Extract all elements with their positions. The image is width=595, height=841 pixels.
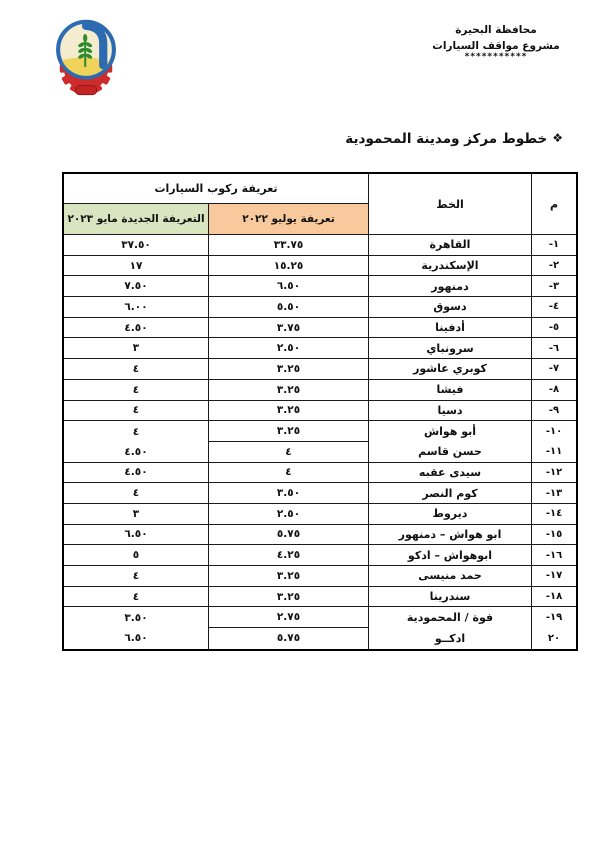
line-name-cell: دسيا [368, 401, 531, 422]
new-tariff-cell: ٦.٠٠ [64, 297, 208, 318]
line-name-cell: حمد منيسى [368, 566, 531, 587]
line-name-cell: القاهرة [368, 235, 531, 256]
line-name-cell: ابوهواش – ادكو [368, 545, 531, 566]
line-name-cell: دسوق [368, 297, 531, 318]
scanned-document-page: محافظة البحيرة مشروع مواقف السيارات ****… [0, 0, 595, 841]
line-name-cell: ادكــو [368, 628, 531, 649]
new-tariff-cell: ٤ [64, 359, 208, 380]
new-tariff-cell: ٤.٥٠ [64, 442, 208, 463]
table-row: ٧- كوبري عاشور ٣.٢٥ ٤ [64, 359, 576, 380]
new-tariff-cell: ٤ [64, 483, 208, 504]
line-name-cell: فوة / المحمودية [368, 607, 531, 628]
column-header-july-2022-tariff: تعريفة يوليو ٢٠٢٢ [208, 204, 368, 235]
july-tariff-cell: ٣.٧٥ [208, 318, 368, 339]
row-number-cell: ١٥- [531, 525, 576, 546]
row-number-cell: ١٩- [531, 607, 576, 628]
page-title-text: خطوط مركز ومدينة المحمودية [345, 131, 547, 147]
row-number-cell: ٢٠ [531, 628, 576, 649]
new-tariff-cell: ٣٧.٥٠ [64, 235, 208, 256]
diamond-bullet-icon: ❖ [552, 131, 563, 145]
table-row: ١٠- أبو هواش ٣.٢٥ ٤ [64, 421, 576, 442]
line-name-cell: أدفينا [368, 318, 531, 339]
table-row: ١٥- ابو هواش – دمنهور ٥.٧٥ ٦.٥٠ [64, 525, 576, 546]
table-row: ١١- حسن قاسم ٤ ٤.٥٠ [64, 442, 576, 463]
table-row: ١٣- كوم النصر ٣.٥٠ ٤ [64, 483, 576, 504]
new-tariff-cell: ٤ [64, 566, 208, 587]
new-tariff-cell: ١٧ [64, 256, 208, 277]
row-number-cell: ٧- [531, 359, 576, 380]
july-tariff-cell: ٦.٥٠ [208, 276, 368, 297]
governorate-logo [44, 16, 128, 98]
row-number-cell: ٤- [531, 297, 576, 318]
table-row: ١- القاهرة ٣٣.٧٥ ٣٧.٥٠ [64, 235, 576, 256]
column-header-ride-tariff: تعريفة ركوب السيارات [64, 174, 368, 204]
table-row: ٦- سرونباي ٢.٥٠ ٣ [64, 338, 576, 359]
line-name-cell: سندرينا [368, 587, 531, 608]
new-tariff-cell: ٣ [64, 504, 208, 525]
governorate-name: محافظة البحيرة [421, 22, 571, 38]
new-tariff-cell: ٦.٥٠ [64, 525, 208, 546]
line-name-cell: حسن قاسم [368, 442, 531, 463]
july-tariff-cell: ٢.٥٠ [208, 504, 368, 525]
july-tariff-cell: ١٥.٢٥ [208, 256, 368, 277]
new-tariff-cell: ٤.٥٠ [64, 463, 208, 484]
july-tariff-cell: ٤.٢٥ [208, 545, 368, 566]
new-tariff-cell: ٤.٥٠ [64, 318, 208, 339]
line-name-cell: كوم النصر [368, 483, 531, 504]
page-title: ❖ خطوط مركز ومدينة المحمودية [345, 131, 563, 147]
july-tariff-cell: ٣.٢٥ [208, 380, 368, 401]
header-row-1: م الخط تعريفة ركوب السيارات [64, 174, 576, 204]
line-name-cell: سرونباي [368, 338, 531, 359]
table-row: ٥- أدفينا ٣.٧٥ ٤.٥٠ [64, 318, 576, 339]
row-number-cell: ١- [531, 235, 576, 256]
row-number-cell: ٩- [531, 401, 576, 422]
row-number-cell: ٥- [531, 318, 576, 339]
line-name-cell: دمنهور [368, 276, 531, 297]
row-number-cell: ١٠- [531, 421, 576, 442]
line-name-cell: كوبري عاشور [368, 359, 531, 380]
new-tariff-cell: ٤ [64, 380, 208, 401]
letterhead: محافظة البحيرة مشروع مواقف السيارات ****… [421, 22, 571, 60]
row-number-cell: ١٣- [531, 483, 576, 504]
new-tariff-cell: ٥ [64, 545, 208, 566]
tariff-table-header: م الخط تعريفة ركوب السيارات تعريفة يوليو… [64, 174, 576, 235]
row-number-cell: ١٤- [531, 504, 576, 525]
row-number-cell: ٦- [531, 338, 576, 359]
tariff-table-body: ١- القاهرة ٣٣.٧٥ ٣٧.٥٠ ٢- الإسكندرية ١٥.… [64, 235, 576, 649]
table-row: ١٢- سيدى عقبه ٤ ٤.٥٠ [64, 463, 576, 484]
governorate-logo-emblem [44, 16, 128, 98]
asterisks-divider: *********** [421, 55, 571, 60]
line-name-cell: أبو هواش [368, 421, 531, 442]
july-tariff-cell: ٣٣.٧٥ [208, 235, 368, 256]
july-tariff-cell: ٣.٢٥ [208, 359, 368, 380]
column-header-line: الخط [368, 174, 531, 235]
row-number-cell: ١٨- [531, 587, 576, 608]
july-tariff-cell: ٥.٧٥ [208, 525, 368, 546]
row-number-cell: ٢- [531, 256, 576, 277]
row-number-cell: ٨- [531, 380, 576, 401]
table-row: ١٤- ديروط ٢.٥٠ ٣ [64, 504, 576, 525]
row-number-cell: ٣- [531, 276, 576, 297]
table-row: ١٦- ابوهواش – ادكو ٤.٢٥ ٥ [64, 545, 576, 566]
new-tariff-cell: ٦.٥٠ [64, 628, 208, 649]
new-tariff-cell: ٣.٥٠ [64, 607, 208, 628]
table-row: ٤- دسوق ٥.٥٠ ٦.٠٠ [64, 297, 576, 318]
july-tariff-cell: ٤ [208, 442, 368, 463]
july-tariff-cell: ٢.٥٠ [208, 338, 368, 359]
tariff-table: م الخط تعريفة ركوب السيارات تعريفة يوليو… [62, 172, 578, 651]
new-tariff-cell: ٤ [64, 587, 208, 608]
july-tariff-cell: ٣.٢٥ [208, 401, 368, 422]
line-name-cell: الإسكندرية [368, 256, 531, 277]
july-tariff-cell: ٥.٥٠ [208, 297, 368, 318]
july-tariff-cell: ٥.٧٥ [208, 628, 368, 649]
row-number-cell: ١٦- [531, 545, 576, 566]
july-tariff-cell: ٣.٢٥ [208, 566, 368, 587]
july-tariff-cell: ٢.٧٥ [208, 607, 368, 628]
new-tariff-cell: ٤ [64, 421, 208, 442]
table-row: ٩- دسيا ٣.٢٥ ٤ [64, 401, 576, 422]
july-tariff-cell: ٣.٢٥ [208, 587, 368, 608]
line-name-cell: ابو هواش – دمنهور [368, 525, 531, 546]
table-row: ١٨- سندرينا ٣.٢٥ ٤ [64, 587, 576, 608]
table-row: ١٧- حمد منيسى ٣.٢٥ ٤ [64, 566, 576, 587]
table-row: ٢- الإسكندرية ١٥.٢٥ ١٧ [64, 256, 576, 277]
row-number-cell: ١٢- [531, 463, 576, 484]
table-row: ٨- فيشا ٣.٢٥ ٤ [64, 380, 576, 401]
new-tariff-cell: ٤ [64, 401, 208, 422]
line-name-cell: سيدى عقبه [368, 463, 531, 484]
column-header-number: م [531, 174, 576, 235]
july-tariff-cell: ٣.٢٥ [208, 421, 368, 442]
table-row: ٢٠ ادكــو ٥.٧٥ ٦.٥٠ [64, 628, 576, 649]
column-header-new-may-2023-tariff: التعريفة الجديدة مايو ٢٠٢٣ [64, 204, 208, 235]
table-row: ١٩- فوة / المحمودية ٢.٧٥ ٣.٥٠ [64, 607, 576, 628]
line-name-cell: ديروط [368, 504, 531, 525]
line-name-cell: فيشا [368, 380, 531, 401]
july-tariff-cell: ٣.٥٠ [208, 483, 368, 504]
july-tariff-cell: ٤ [208, 463, 368, 484]
table-row: ٣- دمنهور ٦.٥٠ ٧.٥٠ [64, 276, 576, 297]
new-tariff-cell: ٣ [64, 338, 208, 359]
row-number-cell: ١٧- [531, 566, 576, 587]
row-number-cell: ١١- [531, 442, 576, 463]
new-tariff-cell: ٧.٥٠ [64, 276, 208, 297]
